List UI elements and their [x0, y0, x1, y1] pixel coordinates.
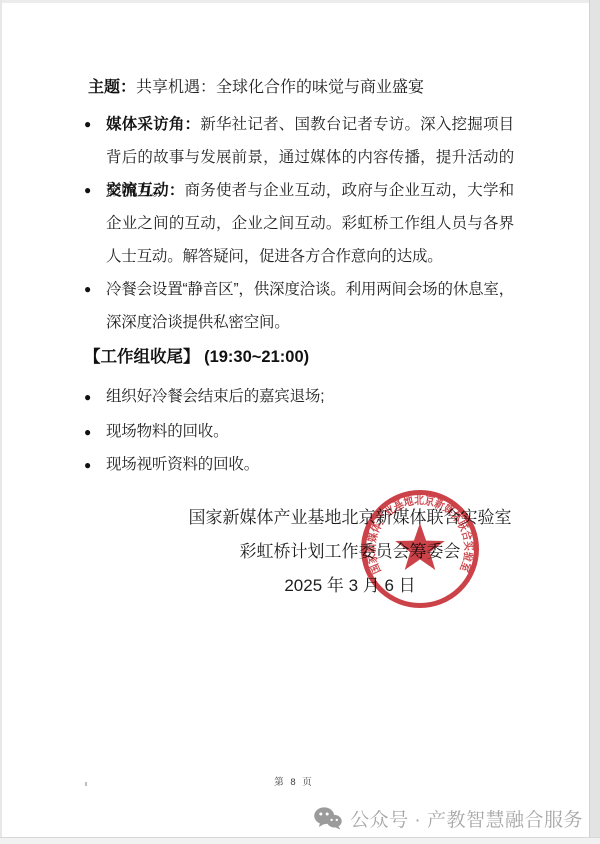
bullet-icon: ● — [84, 273, 91, 306]
bullet-icon: ● — [84, 108, 91, 141]
item-text: 组织好冷餐会结束后的嘉宾退场; — [106, 388, 324, 405]
item-text: 现场物料的回收。 — [106, 423, 228, 440]
list-item: ● 交流互动：商务使者与企业互动，政府与企业互动，大学和企业之间的互动，企业之间… — [84, 174, 514, 273]
list-item: ● 现场视听资料的回收。 — [84, 452, 514, 478]
page-edge-right — [589, 0, 600, 844]
item-text: 现场视听资料的回收。 — [106, 456, 259, 473]
signature-date: 2025 年 3 月 6 日 — [120, 569, 580, 603]
bullet-icon: ● — [84, 419, 91, 445]
wechat-account-label: 公众号 · 产教智慧融合服务 — [350, 805, 583, 832]
page-edge-left — [0, 0, 2, 844]
signature-org-line1: 国家新媒体产业基地北京新媒体联合实验室 — [120, 501, 580, 535]
page-edge-top — [0, 0, 600, 3]
item-label: 媒体采访角： — [106, 116, 200, 133]
wechat-icon — [314, 807, 342, 830]
scan-artifact-speck — [85, 782, 87, 786]
list-item: ● 现场物料的回收。 — [84, 419, 514, 445]
list-item: ● 组织好冷餐会结束后的嘉宾退场; — [84, 384, 514, 410]
topic-label: 主题： — [88, 79, 136, 96]
topic-line: 主题：共享机遇：全球化合作的味觉与商业盛宴 — [88, 76, 518, 100]
document-page: 主题：共享机遇：全球化合作的味觉与商业盛宴 ● 媒体采访角：新华社记者、国教台记… — [0, 0, 600, 844]
bullet-icon: ● — [84, 452, 91, 478]
signature-org-line2: 彩虹桥计划工作委员会筹委会 — [120, 535, 580, 569]
wechat-watermark: 公众号 · 产教智慧融合服务 — [314, 804, 583, 832]
list-item: ● 冷餐会设置“静音区”，供深度洽谈。利用两间会场的休息室，深深度洽谈提供私密空… — [84, 273, 514, 339]
bullet-icon: ● — [84, 174, 91, 207]
item-text: 冷餐会设置“静音区”，供深度洽谈。利用两间会场的休息室，深深度洽谈提供私密空间。 — [106, 281, 514, 331]
section-header: 【工作组收尾】 (19:30~21:00) — [84, 344, 524, 370]
item-label: 交流互动： — [106, 182, 185, 199]
signature-block: 国家新媒体产业基地北京新媒体联合实验室 彩虹桥计划工作委员会筹委会 2025 年… — [120, 501, 580, 603]
page-number: 第 8 页 — [0, 774, 588, 788]
bullet-icon: ● — [84, 384, 91, 410]
topic-text: 共享机遇：全球化合作的味觉与商业盛宴 — [136, 79, 424, 96]
page-edge-bottom — [0, 837, 600, 844]
